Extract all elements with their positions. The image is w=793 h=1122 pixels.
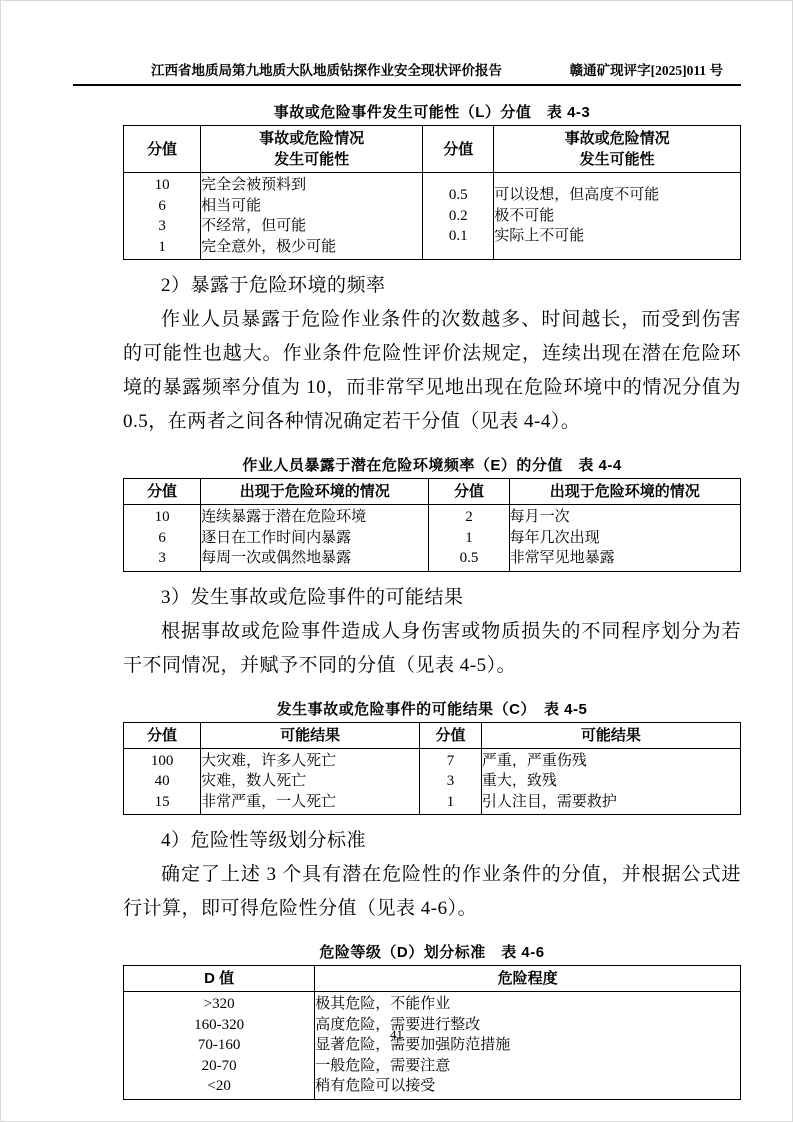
document-page: 江西省地质局第九地质大队地质钻探作业安全现状评价报告 赣通矿现评字[2025]0… <box>0 0 793 1122</box>
table-4-4-title: 作业人员暴露于潜在危险环境频率（E）的分值 表 4-4 <box>123 454 741 475</box>
column-header-likelihood: 事故或危险情况 发生可能性 <box>201 126 423 173</box>
column-header-score: 分值 <box>423 126 494 173</box>
cell-scores: 0.50.20.1 <box>423 173 494 260</box>
section-4: 4）危险性等级划分标准 确定了上述 3 个具有潜在危险性的作业条件的分值，并根据… <box>123 824 741 926</box>
column-header-score: 分值 <box>124 126 201 173</box>
cell-scores: 1063 <box>124 505 201 572</box>
section-3: 3）发生事故或危险事件的可能结果 根据事故或危险事件造成人身伤害或物质损失的不同… <box>123 581 741 683</box>
cell-scores: 10631 <box>124 173 201 260</box>
page-content: 事故或危险事件发生可能性（L）分值 表 4-3 分值 事故或危险情况 发生可能性… <box>123 101 741 1100</box>
cell-consequence-text: 严重，严重伤残重大，致残引人注目，需要救护 <box>481 748 740 815</box>
header-document-number: 赣通矿现评字[2025]011 号 <box>570 59 723 79</box>
table-header-row: 分值 出现于危险环境的情况 分值 出现于危险环境的情况 <box>124 479 741 505</box>
table-header-row: D 值 危险程度 <box>124 966 741 992</box>
section-4-body: 确定了上述 3 个具有潜在危险性的作业条件的分值，并根据公式进行计算，即可得危险… <box>123 858 741 926</box>
cell-risk-level-text: 极其危险，不能作业高度危险，需要进行整改显著危险，需要加强防范措施一般危险，需要… <box>315 992 741 1100</box>
section-4-heading: 4）危险性等级划分标准 <box>123 824 741 858</box>
table-body-row: 1004015 大灾难，许多人死亡灾难，数人死亡非常严重，一人死亡 731 严重… <box>124 748 741 815</box>
page-header: 江西省地质局第九地质大队地质钻探作业安全现状评价报告 赣通矿现评字[2025]0… <box>73 59 741 86</box>
header-report-title: 江西省地质局第九地质大队地质钻探作业安全现状评价报告 <box>151 59 502 79</box>
column-header-likelihood: 事故或危险情况 发生可能性 <box>494 126 741 173</box>
section-2-body: 作业人员暴露于危险作业条件的次数越多、时间越长，而受到伤害的可能性也越大。作业条… <box>123 303 741 439</box>
column-header-score: 分值 <box>429 479 509 505</box>
cell-d-values: >320160-32070-16020-70<20 <box>124 992 315 1100</box>
table-4-3: 分值 事故或危险情况 发生可能性 分值 事故或危险情况 发生可能性 10631 … <box>123 125 741 260</box>
section-3-heading: 3）发生事故或危险事件的可能结果 <box>123 581 741 615</box>
section-2-heading: 2）暴露于危险环境的频率 <box>123 269 741 303</box>
table-4-5: 分值 可能结果 分值 可能结果 1004015 大灾难，许多人死亡灾难，数人死亡… <box>123 722 741 816</box>
column-header-score: 分值 <box>124 722 201 748</box>
column-header-consequence: 可能结果 <box>481 722 740 748</box>
cell-exposure-text: 每月一次每年几次出现非常罕见地暴露 <box>509 505 740 572</box>
cell-scores: 731 <box>420 748 482 815</box>
column-header-exposure: 出现于危险环境的情况 <box>201 479 429 505</box>
column-header-exposure: 出现于危险环境的情况 <box>509 479 740 505</box>
column-header-score: 分值 <box>420 722 482 748</box>
cell-scores: 1004015 <box>124 748 201 815</box>
cell-consequence-text: 大灾难，许多人死亡灾难，数人死亡非常严重，一人死亡 <box>201 748 420 815</box>
section-3-body: 根据事故或危险事件造成人身伤害或物质损失的不同程序划分为若干不同情况，并赋予不同… <box>123 615 741 683</box>
column-header-score: 分值 <box>124 479 201 505</box>
table-header-row: 分值 事故或危险情况 发生可能性 分值 事故或危险情况 发生可能性 <box>124 126 741 173</box>
column-header-consequence: 可能结果 <box>201 722 420 748</box>
cell-likelihood-text: 可以设想，但高度不可能极不可能实际上不可能 <box>494 173 741 260</box>
table-4-3-title: 事故或危险事件发生可能性（L）分值 表 4-3 <box>123 101 741 122</box>
column-header-d-value: D 值 <box>124 966 315 992</box>
column-header-risk-level: 危险程度 <box>315 966 741 992</box>
table-4-4: 分值 出现于危险环境的情况 分值 出现于危险环境的情况 1063 连续暴露于潜在… <box>123 478 741 572</box>
table-4-5-title: 发生事故或危险事件的可能结果（C） 表 4-5 <box>123 698 741 719</box>
cell-exposure-text: 连续暴露于潜在危险环境逐日在工作时间内暴露每周一次或偶然地暴露 <box>201 505 429 572</box>
table-body-row: >320160-32070-16020-70<20 极其危险，不能作业高度危险，… <box>124 992 741 1100</box>
cell-scores: 210.5 <box>429 505 509 572</box>
table-body-row: 10631 完全会被预料到相当可能不经常，但可能完全意外，极少可能 0.50.2… <box>124 173 741 260</box>
section-2: 2）暴露于危险环境的频率 作业人员暴露于危险作业条件的次数越多、时间越长，而受到… <box>123 269 741 439</box>
table-4-6-title: 危险等级（D）划分标准 表 4-6 <box>123 941 741 962</box>
table-header-row: 分值 可能结果 分值 可能结果 <box>124 722 741 748</box>
table-body-row: 1063 连续暴露于潜在危险环境逐日在工作时间内暴露每周一次或偶然地暴露 210… <box>124 505 741 572</box>
page-number: 41 <box>1 1027 792 1043</box>
cell-likelihood-text: 完全会被预料到相当可能不经常，但可能完全意外，极少可能 <box>201 173 423 260</box>
